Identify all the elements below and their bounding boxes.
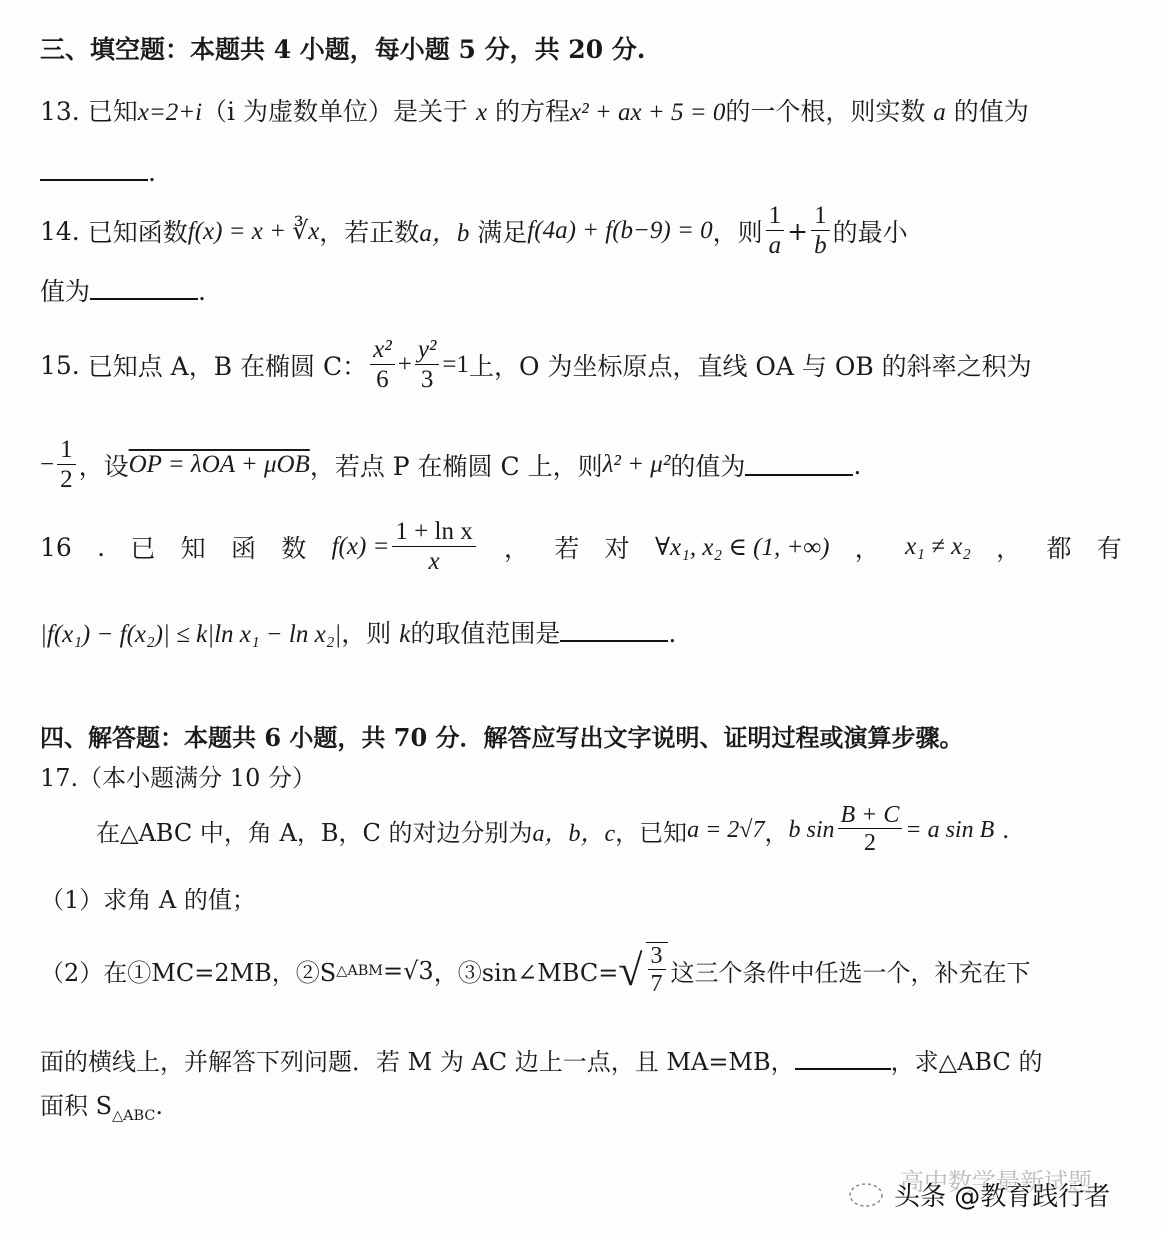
q17-part2-text: 面的横线上，并解答下列问题．若 M 为 AC 边上一点，且 MA=MB， (40, 1048, 795, 1076)
q13-text: 的值为 (954, 97, 1029, 126)
q17-fraction: B + C2 (838, 802, 903, 858)
watermark-main: 头条 @教育践行者 (846, 1176, 1110, 1213)
q13-text: （i 为虚数单位）是关于 (202, 97, 468, 126)
q16-fraction: 1 + ln xx (392, 518, 475, 577)
question-16-cont: |f(x₁) − f(x₂)| ≤ k|ln x₁ − ln x₂|，则 k的取… (40, 614, 1122, 650)
q15-expression: λ² + μ² (603, 451, 671, 479)
q16-char: 有 (1097, 529, 1122, 565)
q16-var-k: k (399, 621, 410, 648)
q16-char: 数 (281, 529, 306, 565)
q15-period: . (853, 451, 861, 480)
q14-text: 的最小 (833, 213, 908, 249)
denominator: 7 (648, 970, 666, 999)
q16-function: f(x) = 1 + ln xx (332, 518, 479, 577)
q15-neg-half: 12 (57, 436, 76, 495)
q16-char: 已 (130, 529, 155, 565)
q17-score-note: （本小题满分 10 分） (78, 764, 316, 792)
q15-text: 上，O 为坐标原点，直线 OA 与 OB 的斜率之积为 (469, 347, 1032, 383)
q15-text: ，设 (79, 447, 129, 483)
q14-text: ，若正数 (319, 213, 419, 249)
numerator: 1 (766, 202, 785, 231)
q16-char: 都 (1046, 529, 1071, 565)
q17-subscript: △ABC (112, 1108, 155, 1124)
q17-part2-text: 这三个条件中任选一个，补充在下 (671, 953, 1031, 988)
comma: ， (504, 529, 529, 565)
denominator: a (766, 231, 785, 261)
question-16: 16 . 已 知 函 数 f(x) = 1 + ln xx ， 若 对 ∀x₁,… (40, 518, 1122, 577)
q16-inequality: |f(x₁) − f(x₂)| ≤ k|ln x₁ − ln x₂| (40, 621, 341, 648)
q17-number: 17. (40, 764, 78, 792)
q16-char: 知 (181, 529, 206, 565)
q16-func-lhs: f(x) = (332, 533, 390, 561)
q14-text: 满足 (477, 213, 527, 249)
q17-text: ， (764, 813, 788, 848)
q17-bsin: b sin (788, 817, 834, 844)
denominator: 6 (373, 365, 392, 395)
comma: ， (996, 529, 1021, 565)
q17-part2-text: ，③sin∠MBC= (434, 953, 619, 988)
q15-text: 已知点 A，B 在椭圆 C： (88, 347, 367, 383)
q13-equation: x² + ax + 5 = 0 (570, 99, 725, 126)
wechat-icon (846, 1180, 888, 1210)
question-15-cont: − 12 ，设 OP = λOA + μOB ，若点 P 在椭圆 C 上，则 λ… (40, 436, 1122, 495)
watermark-main-text: 头条 @教育践行者 (894, 1176, 1110, 1213)
q13-text: 的一个根，则实数 (725, 97, 925, 126)
q17-part2-text: ，求△ABC 的 (891, 1048, 1043, 1076)
q14-vars: a，b (419, 213, 469, 249)
section-3-header-text: 三、填空题：本题共 4 小题，每小题 5 分，共 20 分. (40, 35, 646, 64)
q14-function: f(x) = x + ∛x (188, 216, 320, 246)
denominator: 2 (57, 465, 76, 495)
minus-sign: − (40, 451, 54, 479)
q17-sqrt-fraction: 37 (646, 942, 668, 999)
numerator: y² (415, 336, 440, 365)
q17-text: 在△ABC 中，角 A，B，C 的对边分别为 (96, 813, 532, 848)
q14-fraction-1: 1a (766, 202, 785, 261)
q16-dot: . (97, 533, 105, 562)
q16-domain: ∀x₁, x₂ ∈ (1, +∞) (655, 532, 830, 562)
q16-char: 若 (554, 529, 579, 565)
q16-neq: x₁ ≠ x₂ (905, 533, 971, 561)
q15-fraction-x: x²6 (370, 336, 395, 395)
q17-text: ，已知 (615, 813, 687, 848)
q17-part2-text: =√3 (383, 957, 434, 985)
q15-text: 的值为 (670, 447, 745, 483)
comma: ， (855, 529, 880, 565)
answer-blank-17[interactable] (795, 1048, 891, 1070)
question-15: 15. 已知点 A，B 在椭圆 C： x²6 + y²3 =1 上，O 为坐标原… (40, 336, 1122, 395)
section-3-header: 三、填空题：本题共 4 小题，每小题 5 分，共 20 分. (40, 30, 1122, 66)
plus-sign: + (787, 217, 808, 246)
denominator: 2 (861, 829, 879, 858)
denominator: x (426, 547, 443, 577)
q17-period: . (155, 1092, 163, 1120)
q13-text: 的方程 (495, 97, 570, 126)
q14-period: . (198, 277, 206, 306)
q16-text: ，则 (341, 619, 391, 648)
question-14-answer: 值为. (40, 272, 1122, 308)
denominator: 3 (418, 365, 437, 395)
q15-vector-equation: OP = λOA + μOB (129, 451, 310, 479)
question-17-part-2-cont: 面的横线上，并解答下列问题．若 M 为 AC 边上一点，且 MA=MB，，求△A… (40, 1042, 1122, 1077)
numerator: 1 + ln x (392, 518, 475, 547)
numerator: x² (370, 336, 395, 365)
question-17-part-1: （1）求角 A 的值； (40, 880, 1122, 915)
question-13: 13. 已知x=2+i（i 为虚数单位）是关于 x 的方程x² + ax + 5… (40, 92, 1122, 128)
q14-text: 值为 (40, 277, 90, 306)
numerator: 3 (648, 943, 666, 970)
question-17-title: 17.（本小题满分 10 分） (40, 758, 1122, 793)
q13-var: x (476, 99, 487, 126)
question-17-part-2: （2）在①MC=2MB，②S△ABM=√3 ，③sin∠MBC= √37 这三个… (40, 942, 1122, 999)
q16-period: . (668, 619, 676, 648)
q13-root: x=2+i (138, 99, 202, 126)
q17-part2-text: 面积 S (40, 1092, 112, 1120)
q17-subscript: △ABM (336, 963, 383, 979)
q14-condition: f(4a) + f(b−9) = 0 (527, 217, 712, 245)
q15-equals: =1 (442, 351, 469, 379)
answer-blank-13[interactable] (40, 159, 148, 181)
q14-fraction-2: 1b (811, 202, 830, 261)
q16-text: 的取值范围是 (410, 619, 560, 648)
q15-text: ，若点 P 在椭圆 C 上，则 (310, 447, 603, 483)
q16-number: 16 (40, 533, 72, 562)
q13-number: 13. (40, 97, 80, 126)
question-17-part-2-end: 面积 S△ABC. (40, 1086, 1122, 1124)
answer-blank-16[interactable] (560, 620, 668, 642)
q17-sides: a，b，c (532, 813, 615, 848)
q14-text: 已知函数 (88, 213, 188, 249)
section-4-header: 四、解答题：本题共 6 小题，共 70 分．解答应写出文字说明、证明过程或演算步… (40, 718, 1122, 753)
q14-text: ，则 (713, 213, 763, 249)
q13-var: a (933, 99, 946, 126)
q16-char: 函 (231, 529, 256, 565)
q14-number: 14. (40, 217, 80, 246)
question-14: 14. 已知函数 f(x) = x + ∛x ，若正数 a，b 满足 f(4a)… (40, 202, 1122, 261)
question-17-stem: 在△ABC 中，角 A，B，C 的对边分别为 a，b，c ，已知 a = 2√7… (96, 802, 1122, 858)
q17-a-value: a = 2√7 (687, 817, 764, 844)
q16-char: 对 (605, 529, 630, 565)
answer-blank-14[interactable] (90, 278, 198, 300)
q17-period: . (1002, 816, 1010, 844)
q15-number: 15. (40, 351, 80, 380)
q13-text: 已知 (88, 97, 138, 126)
q13-period: . (148, 158, 156, 187)
denominator: b (811, 231, 830, 261)
numerator: B + C (838, 802, 903, 829)
q15-fraction-y: y²3 (415, 336, 440, 395)
numerator: 1 (57, 436, 76, 465)
q17-part2-text: （2）在①MC=2MB，②S (40, 953, 336, 988)
answer-blank-15[interactable] (745, 454, 853, 476)
numerator: 1 (811, 202, 830, 231)
q17-part1-text: （1）求角 A 的值； (40, 886, 256, 914)
q17-rhs: = a sin B (905, 817, 994, 844)
section-4-header-text: 四、解答题：本题共 6 小题，共 70 分．解答应写出文字说明、证明过程或演算步… (40, 723, 964, 752)
question-13-answer: . (40, 158, 1122, 187)
